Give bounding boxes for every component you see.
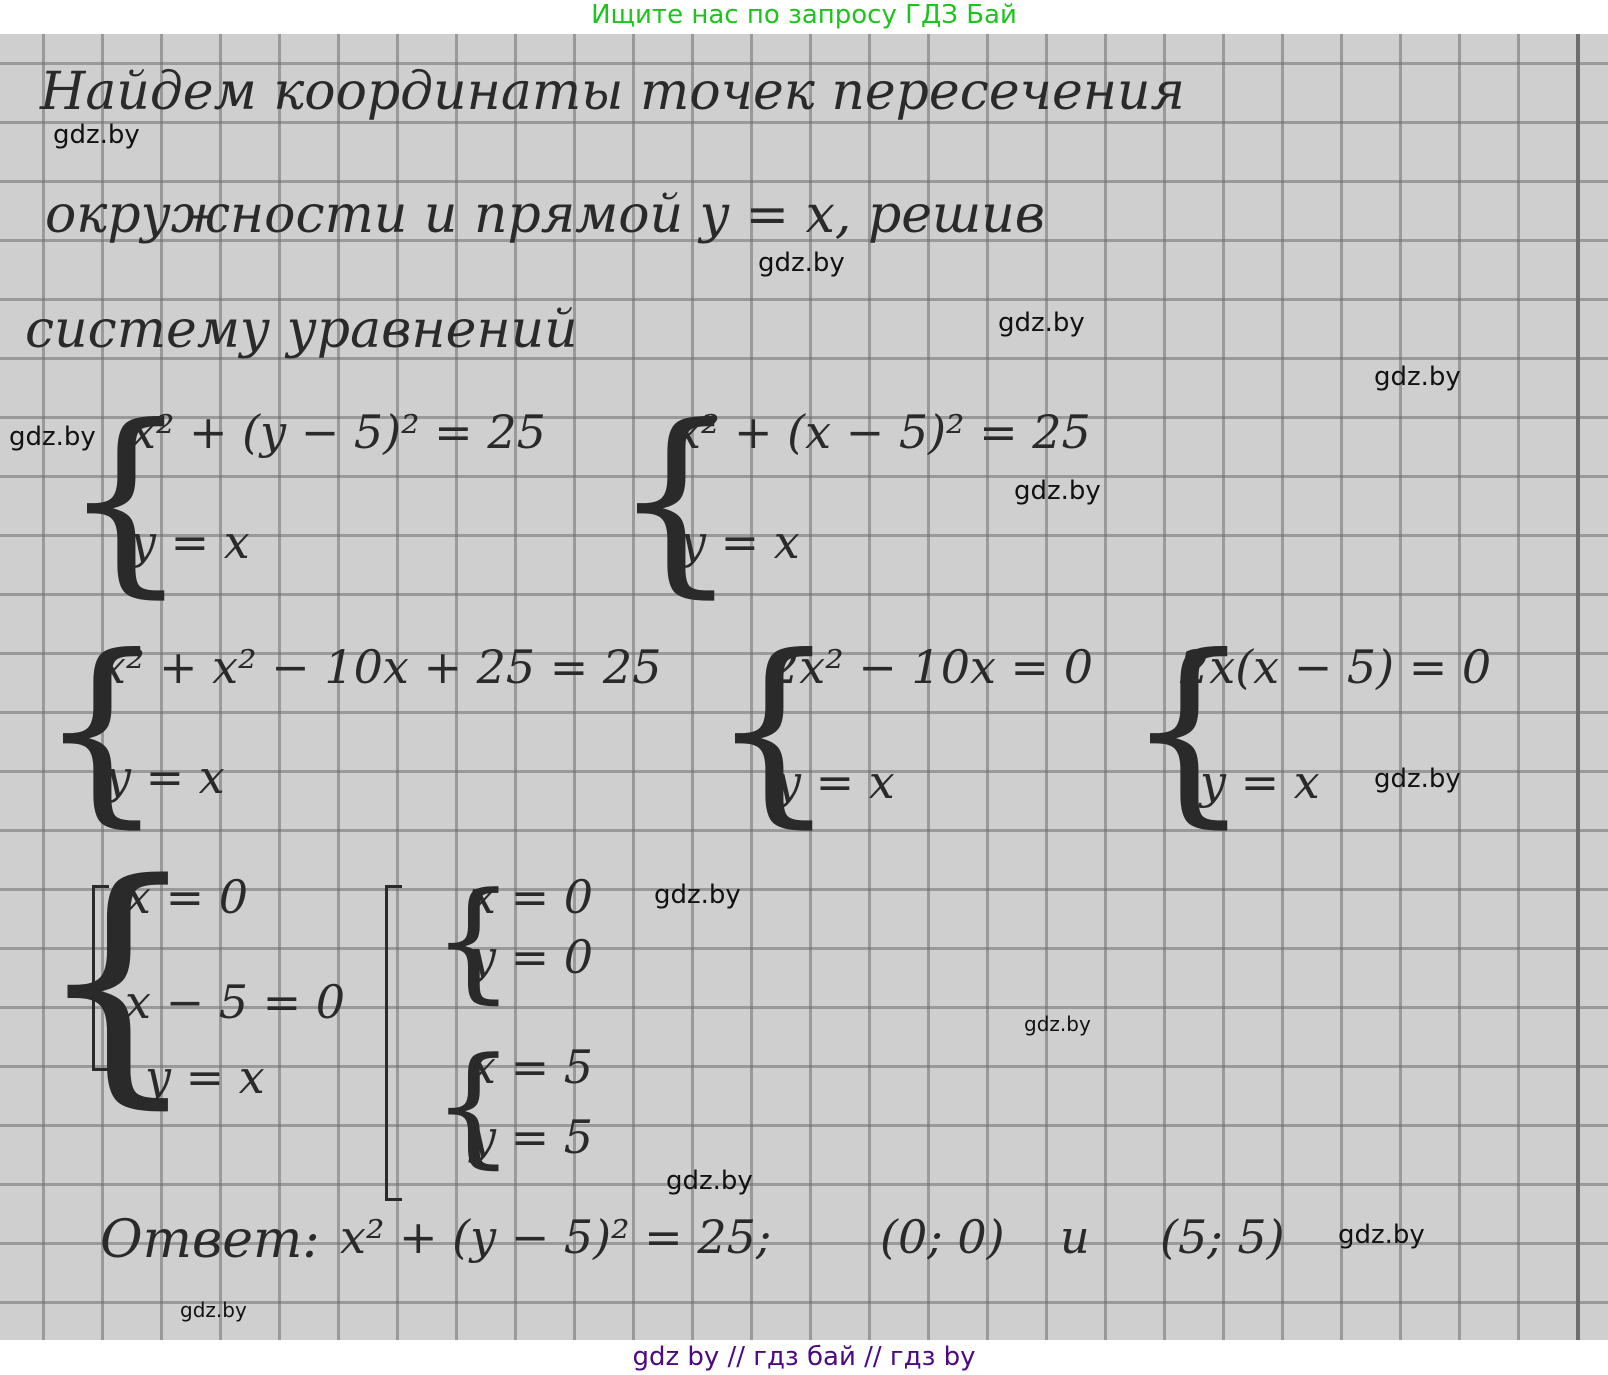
system3-eq2: y = x: [105, 750, 225, 804]
answer-equation: x² + (y − 5)² = 25;: [340, 1210, 771, 1264]
watermark: gdz.by: [1374, 362, 1461, 392]
system5-eq2: y = x: [1200, 755, 1320, 809]
union-bracket: [385, 885, 402, 1201]
system6-case2: x − 5 = 0: [125, 975, 345, 1029]
system1-eq2: y = x: [130, 515, 250, 569]
watermark: gdz.by: [1338, 1220, 1425, 1250]
union-bracket: [92, 885, 109, 1071]
answer-label: Ответ:: [100, 1210, 320, 1270]
watermark: gdz.by: [758, 248, 845, 278]
system6-eq: y = x: [145, 1050, 265, 1104]
system4-eq1: 2x² − 10x = 0: [770, 640, 1093, 694]
solution2-y: y = 5: [470, 1110, 593, 1164]
watermark: gdz.by: [1374, 764, 1461, 794]
watermark: gdz.by: [180, 1298, 247, 1322]
watermark: gdz.by: [654, 880, 741, 910]
watermark: gdz.by: [998, 308, 1085, 338]
answer-connector: и: [1060, 1210, 1090, 1264]
system2-eq2: y = x: [680, 515, 800, 569]
solution1-y: y = 0: [470, 930, 593, 984]
system5-eq1: 2x(x − 5) = 0: [1180, 640, 1491, 694]
system2-eq1: x² + (x − 5)² = 25: [675, 405, 1091, 459]
system1-eq1: x² + (y − 5)² = 25: [130, 405, 546, 459]
watermark: gdz.by: [1024, 1012, 1091, 1036]
margin-line: [1576, 34, 1580, 1340]
system4-eq2: y = x: [775, 755, 895, 809]
watermark: gdz.by: [666, 1166, 753, 1196]
text-line-3: систему уравнений: [25, 300, 578, 360]
answer-point-1: (0; 0): [880, 1210, 1005, 1264]
watermark: gdz.by: [1014, 476, 1101, 506]
top-banner: Ищите нас по запросу ГДЗ Бай: [0, 0, 1608, 34]
text-line-2: окружности и прямой y = x, решив: [45, 185, 1045, 245]
solution1-x: x = 0: [470, 870, 593, 924]
watermark: gdz.by: [53, 120, 140, 150]
system3-eq1: x² + x² − 10x + 25 = 25: [100, 640, 661, 694]
text-line-1: Найдем координаты точек пересечения: [40, 62, 1185, 122]
answer-point-2: (5; 5): [1160, 1210, 1285, 1264]
solution2-x: x = 5: [470, 1040, 593, 1094]
watermark: gdz.by: [9, 422, 96, 452]
system6-case1: x = 0: [125, 870, 248, 924]
bottom-banner: gdz by // гдз бай // гдз by: [0, 1340, 1608, 1375]
